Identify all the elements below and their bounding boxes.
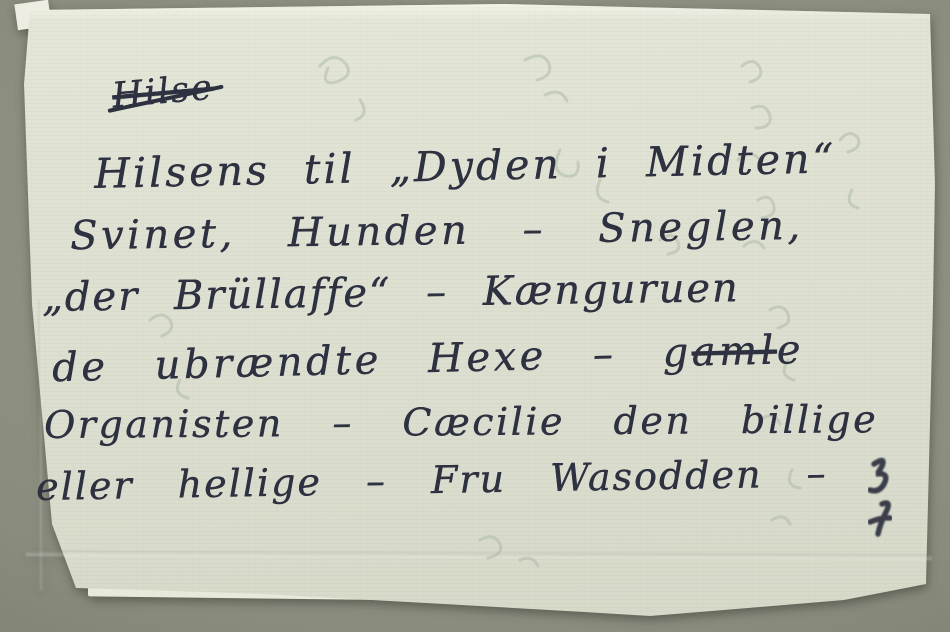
handwriting-line-2: Hilsens til „Dyden i Midten“	[94, 134, 837, 198]
handwriting-line-6: Organisten – Cæcilie den billige	[44, 397, 878, 447]
handwriting-line-3: Svinet, Hunden – Sneglen,	[70, 203, 804, 259]
handwriting-line-1: Hilse	[110, 68, 215, 117]
handwriting-line-5: de ubrændte Hexe – gamle	[52, 327, 805, 391]
handwritten-text: Hilse Hilsens til „Dyden i Midten“ Svine…	[0, 0, 950, 632]
line-5-text-end: e	[776, 327, 804, 374]
line-4-text: „der Brüllaffe“ – Kænguruen	[42, 265, 740, 321]
crossed-out-word: Hilse	[110, 68, 215, 117]
line-7-text: eller hellige – Fru Wasodden –	[36, 451, 828, 509]
handwriting-line-4: „der Brüllaffe“ – Kænguruen	[42, 265, 740, 321]
line-5-crossed-letters: aml	[691, 327, 777, 375]
line-5-text: de ubrændte Hexe – g	[52, 330, 693, 392]
handwriting-line-7: eller hellige – Fru Wasodden –	[36, 451, 828, 509]
line-2-text: Hilsens til „Dyden i Midten“	[94, 134, 837, 198]
photograph: Hilse Hilsens til „Dyden i Midten“ Svine…	[0, 0, 950, 632]
line-3-text: Svinet, Hunden – Sneglen,	[70, 203, 804, 259]
line-6-text: Organisten – Cæcilie den billige	[44, 397, 878, 447]
